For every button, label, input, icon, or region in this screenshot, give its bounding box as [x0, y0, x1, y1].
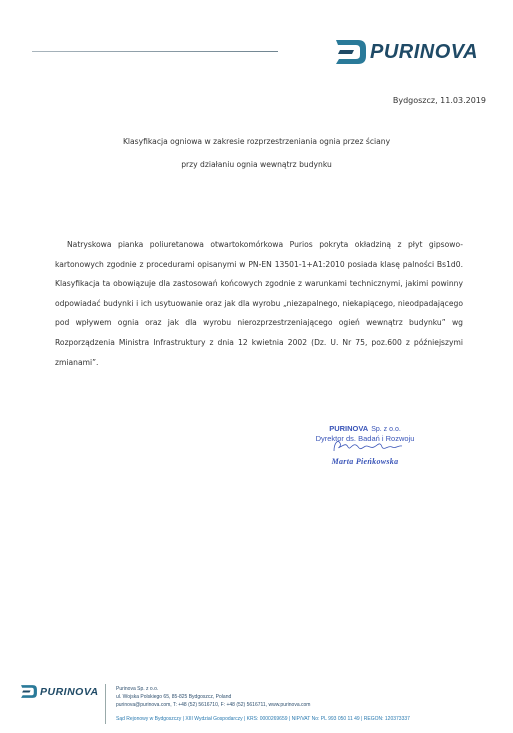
footer-logo: PURINOVA — [20, 684, 99, 699]
footer-logo-wordmark: PURINOVA — [40, 686, 99, 698]
signatory-name: Marta Pieńkowska — [300, 457, 430, 466]
footer-divider — [105, 684, 106, 724]
letter-body: Natryskowa pianka poliuretanowa otwartok… — [55, 235, 463, 372]
letter-title-line2: przy działaniu ognia wewnątrz budynku — [0, 160, 513, 169]
header-logo: PURINOVA — [334, 38, 478, 66]
signature-scribble-icon — [328, 437, 408, 455]
letter-date: Bydgoszcz, 11.03.2019 — [393, 96, 486, 105]
purinova-logo-mark-icon — [334, 38, 368, 66]
footer-contact: purinova@purinova.com, T: +48 (52) 56167… — [116, 701, 310, 709]
footer-company: Purinova Sp. z o.o. — [116, 685, 310, 693]
stamp-company: PURINOVASp. z o.o. — [300, 424, 430, 434]
signature-stamp: PURINOVASp. z o.o. Dyrektor ds. Badań i … — [300, 424, 430, 466]
stamp-company-suffix: Sp. z o.o. — [371, 426, 401, 433]
logo-wordmark: PURINOVA — [370, 41, 478, 64]
letter-title-line1: Klasyfikacja ogniowa w zakresie rozprzes… — [0, 137, 513, 146]
purinova-logo-mark-icon — [20, 684, 38, 699]
footer-address: ul. Wojska Polskiego 65, 85-825 Bydgoszc… — [116, 693, 310, 701]
footer-legal: Sąd Rejonowy w Bydgoszczy | XIII Wydział… — [116, 716, 410, 722]
header-rule — [32, 51, 278, 52]
stamp-company-name: PURINOVA — [329, 424, 368, 433]
footer-contact-block: Purinova Sp. z o.o. ul. Wojska Polskiego… — [116, 685, 310, 709]
handwritten-signature — [300, 443, 430, 457]
